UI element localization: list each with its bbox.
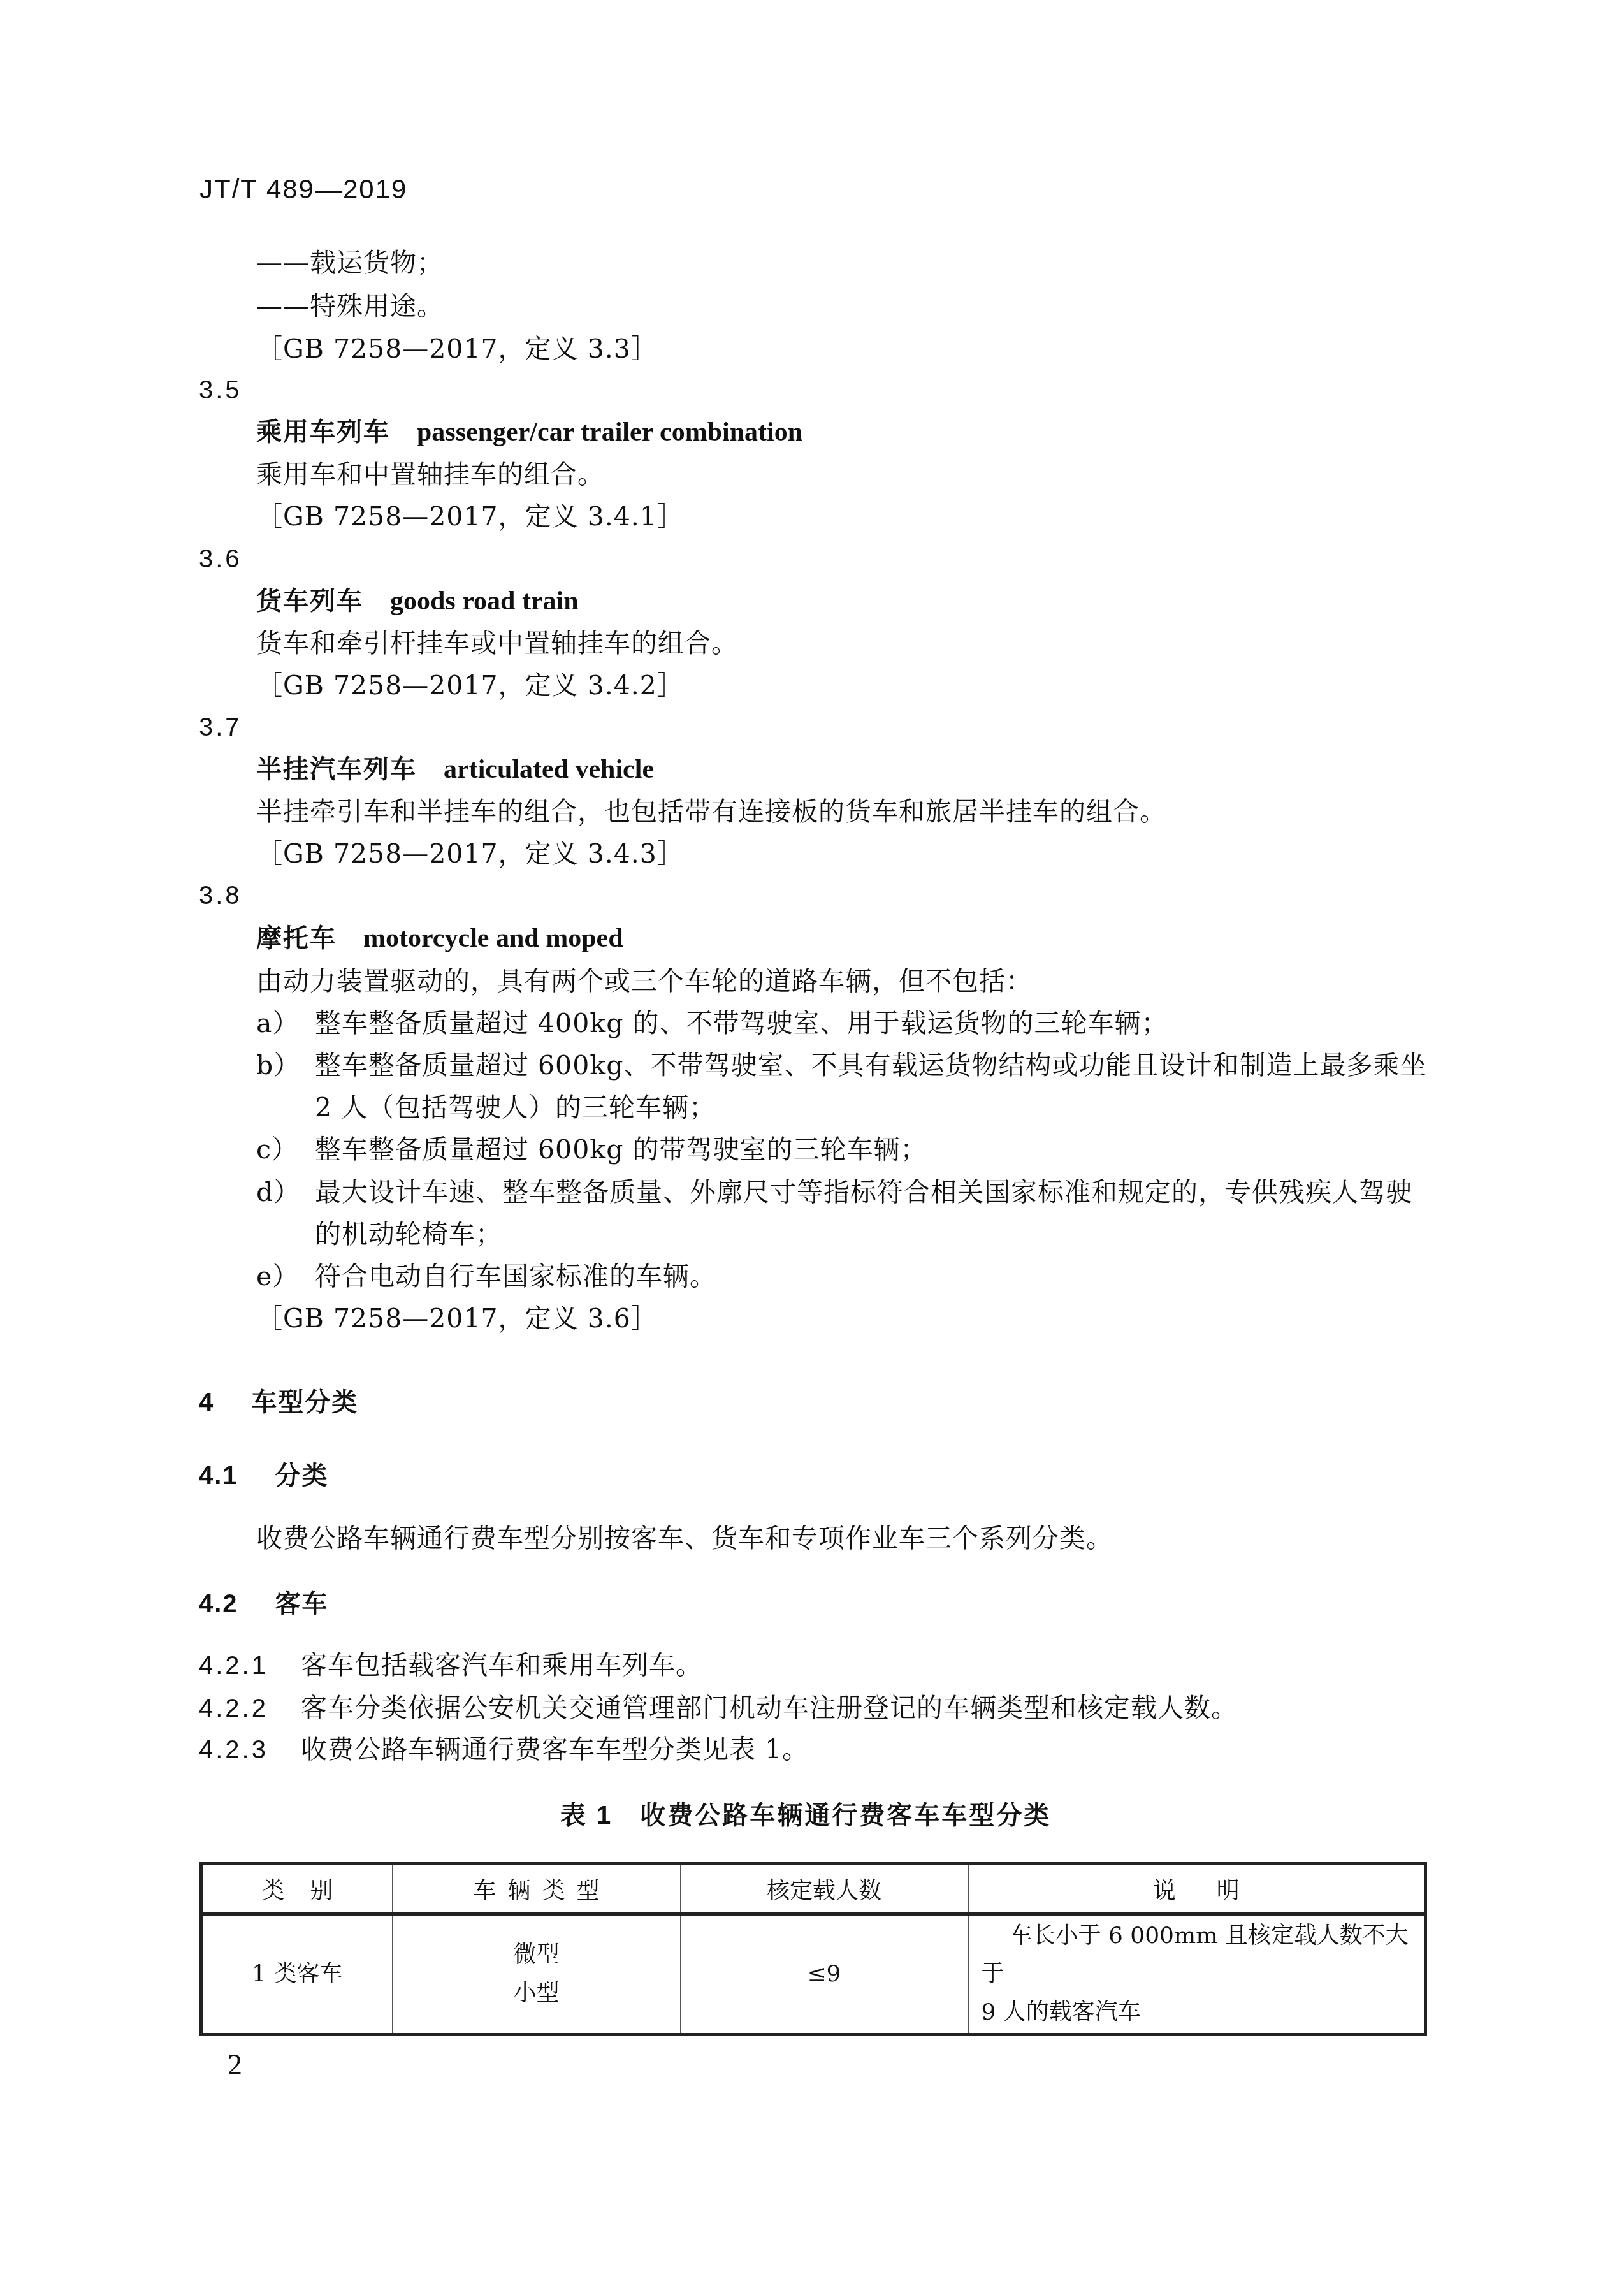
description-text: 车长小于 6 000mm 且核定载人数不大于 xyxy=(982,1923,1409,1987)
list-text: 符合电动自行车国家标准的车辆。 xyxy=(315,1261,716,1292)
list-text: 整车整备质量超过 600kg 的带驾驶室的三轮车辆； xyxy=(315,1134,927,1165)
term-en: passenger/car trailer combination xyxy=(417,418,802,447)
list-item: a）整车整备质量超过 400kg 的、不带驾驶室、用于载运货物的三轮车辆； xyxy=(256,1010,1168,1037)
section-number: 4 xyxy=(199,1388,214,1416)
vehicle-class-table: 类别 车辆类型 核定载人数 说明 1 类客车 微型 小型 ≤9 车长小于 6 0… xyxy=(199,1862,1427,2036)
dash-item: ——载运货物； xyxy=(256,250,444,276)
term-zh: 乘用车列车 xyxy=(256,418,390,446)
clause: 4.2.1客车包括载客汽车和乘用车列车。 xyxy=(199,1652,702,1678)
source-citation: ［GB 7258—2017，定义 3.4.1］ xyxy=(256,504,684,530)
description-line: 9 人的载客汽车 xyxy=(982,1993,1414,2032)
header-category: 类别 xyxy=(201,1864,393,1914)
list-label: b） xyxy=(256,1052,315,1079)
subsection-heading: 4.2客车 xyxy=(199,1591,329,1617)
list-item: c）整车整备质量超过 600kg 的带驾驶室的三轮车辆； xyxy=(256,1137,927,1163)
cell-seats: ≤9 xyxy=(681,1914,968,2035)
cell-vehicle-type: 微型 小型 xyxy=(393,1914,681,2035)
section-title: 车型分类 xyxy=(251,1388,358,1416)
clause-text: 客车包括载客汽车和乘用车列车。 xyxy=(301,1650,702,1680)
paragraph: 收费公路车辆通行费车型分别按客车、货车和专项作业车三个系列分类。 xyxy=(256,1525,1113,1552)
source-citation: ［GB 7258—2017，定义 3.4.2］ xyxy=(256,673,684,699)
clause: 4.2.2客车分类依据公安机关交通管理部门机动车注册登记的车辆类型和核定载人数。 xyxy=(199,1695,1238,1721)
term-en: motorcycle and moped xyxy=(363,924,623,953)
clause-number: 3.6 xyxy=(199,546,242,572)
subsection-number: 4.2 xyxy=(199,1590,238,1618)
header-seats: 核定载人数 xyxy=(681,1864,968,1914)
list-label: a） xyxy=(256,1010,315,1037)
source-citation: ［GB 7258—2017，定义 3.4.3］ xyxy=(256,841,684,867)
list-text: 最大设计车速、整车整备质量、外廓尺寸等指标符合相关国家标准和规定的，专供残疾人驾… xyxy=(315,1177,1412,1207)
subsection-title: 分类 xyxy=(275,1462,329,1490)
list-text: 整车整备质量超过 600kg、不带驾驶室、不具有载运货物结构或功能且设计和制造上… xyxy=(315,1050,1426,1081)
term-en: goods road train xyxy=(390,586,579,616)
clause-text: 收费公路车辆通行费客车车型分类见表 1。 xyxy=(301,1734,809,1765)
clause-number: 3.7 xyxy=(199,715,242,740)
clause-number: 4.2.1 xyxy=(199,1653,301,1678)
definition-text: 乘用车和中置轴挂车的组合。 xyxy=(256,462,604,488)
vehicle-type-micro: 微型 xyxy=(393,1936,680,1974)
clause-number: 4.2.2 xyxy=(199,1696,301,1721)
cell-category: 1 类客车 xyxy=(201,1914,393,2035)
table-row: 1 类客车 微型 小型 ≤9 车长小于 6 000mm 且核定载人数不大于 9 … xyxy=(201,1914,1426,2035)
list-text: 整车整备质量超过 400kg 的、不带驾驶室、用于载运货物的三轮车辆； xyxy=(315,1008,1168,1038)
list-item: b）整车整备质量超过 600kg、不带驾驶室、不具有载运货物结构或功能且设计和制… xyxy=(256,1052,1426,1079)
description-line: 车长小于 6 000mm 且核定载人数不大于 xyxy=(982,1917,1414,1993)
table-header-row: 类别 车辆类型 核定载人数 说明 xyxy=(201,1864,1426,1914)
list-item: e）符合电动自行车国家标准的车辆。 xyxy=(256,1263,716,1290)
subsection-number: 4.1 xyxy=(199,1462,238,1490)
clause: 4.2.3收费公路车辆通行费客车车型分类见表 1。 xyxy=(199,1737,809,1763)
header-vehicle-type: 车辆类型 xyxy=(393,1864,681,1914)
definition-text: 半挂牵引车和半挂车的组合，也包括带有连接板的货车和旅居半挂车的组合。 xyxy=(256,799,1166,825)
term-zh: 半挂汽车列车 xyxy=(256,755,417,783)
definition-text: 由动力装置驱动的，具有两个或三个车轮的道路车辆，但不包括： xyxy=(256,968,1033,994)
clause-number: 3.8 xyxy=(199,883,242,908)
term-heading: 半挂汽车列车articulated vehicle xyxy=(256,756,654,783)
term-zh: 货车列车 xyxy=(256,587,363,615)
list-label: e） xyxy=(256,1263,315,1290)
page-number: 2 xyxy=(228,2048,242,2081)
running-head: JT/T 489—2019 xyxy=(199,176,407,203)
list-text-continuation: 2 人（包括驾驶人）的三轮车辆； xyxy=(315,1095,716,1121)
vehicle-type-small: 小型 xyxy=(393,1974,680,2013)
term-heading: 摩托车motorcycle and moped xyxy=(256,925,623,952)
list-label: d） xyxy=(256,1179,315,1205)
list-item: d）最大设计车速、整车整备质量、外廓尺寸等指标符合相关国家标准和规定的，专供残疾… xyxy=(256,1179,1412,1205)
list-text-continuation: 的机动轮椅车； xyxy=(315,1221,502,1248)
term-en: articulated vehicle xyxy=(444,755,654,784)
source-citation: ［GB 7258—2017，定义 3.6］ xyxy=(256,1306,658,1332)
header-description: 说明 xyxy=(968,1864,1426,1914)
subsection-title: 客车 xyxy=(275,1590,329,1618)
list-label: c） xyxy=(256,1137,315,1163)
clause-number: 3.5 xyxy=(199,377,242,403)
term-heading: 货车列车goods road train xyxy=(256,588,579,615)
subsection-heading: 4.1分类 xyxy=(199,1463,329,1489)
clause-text: 客车分类依据公安机关交通管理部门机动车注册登记的车辆类型和核定载人数。 xyxy=(301,1693,1238,1723)
term-zh: 摩托车 xyxy=(256,924,337,952)
dash-item: ——特殊用途。 xyxy=(256,293,444,319)
cell-description: 车长小于 6 000mm 且核定载人数不大于 9 人的载客汽车 xyxy=(968,1914,1426,2035)
document-page: JT/T 489—2019 ——载运货物； ——特殊用途。 ［GB 7258—2… xyxy=(0,0,1624,2279)
term-heading: 乘用车列车passenger/car trailer combination xyxy=(256,419,802,446)
clause-number: 4.2.3 xyxy=(199,1737,301,1763)
source-citation: ［GB 7258—2017，定义 3.3］ xyxy=(256,336,658,362)
section-heading: 4车型分类 xyxy=(199,1390,358,1415)
table-title: 表 1 收费公路车辆通行费客车车型分类 xyxy=(0,1803,1618,1828)
definition-text: 货车和牵引杆挂车或中置轴挂车的组合。 xyxy=(256,630,738,657)
